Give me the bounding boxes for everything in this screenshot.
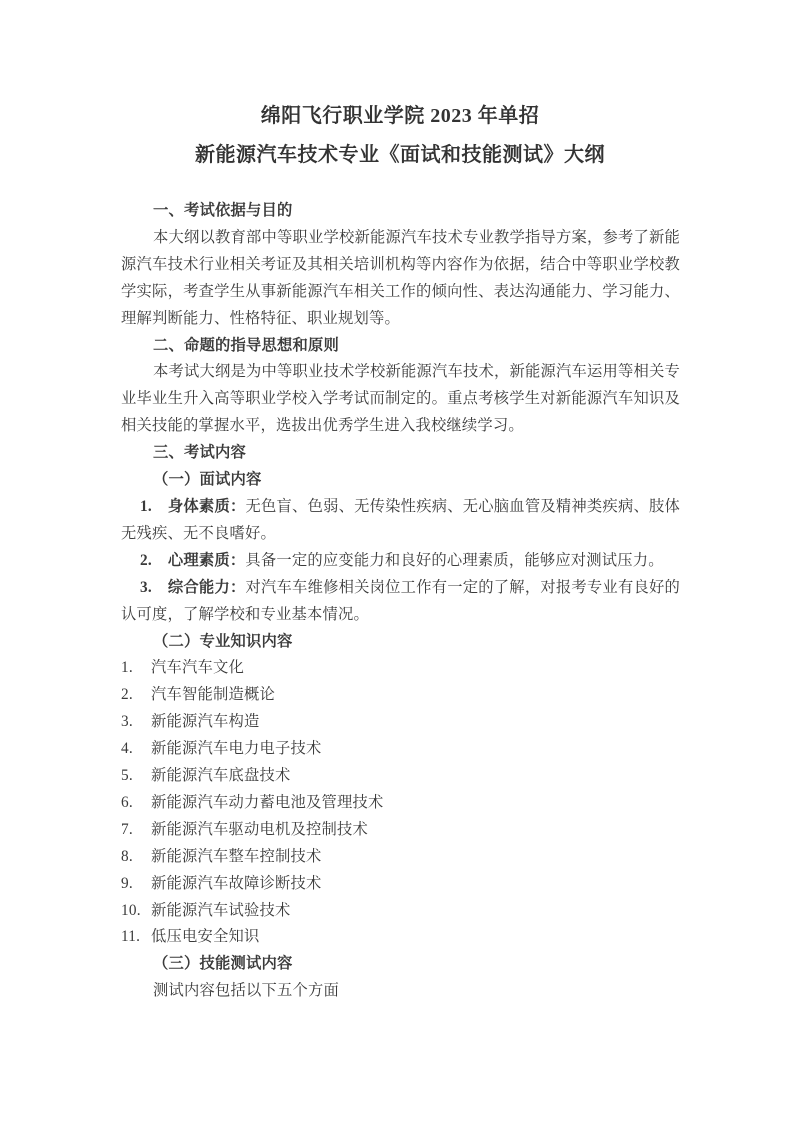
clause-number: 2. [140, 552, 152, 569]
list-item-number: 9. [121, 871, 151, 898]
list-item-text: 新能源汽车整车控制技术 [151, 848, 321, 865]
knowledge-list-item: 6.新能源汽车动力蓄电池及管理技术 [121, 790, 680, 817]
section-2-heading: 二、命题的指导思想和原则 [121, 333, 680, 360]
list-item-text: 新能源汽车构造 [151, 713, 259, 730]
list-item-text: 新能源汽车故障诊断技术 [151, 875, 321, 892]
subsection-2-heading: （二）专业知识内容 [121, 629, 680, 656]
clause-number: 1. [140, 498, 152, 515]
knowledge-list-item: 4.新能源汽车电力电子技术 [121, 736, 680, 763]
section-1-heading: 一、考试依据与目的 [121, 198, 680, 225]
knowledge-list-item: 9.新能源汽车故障诊断技术 [121, 871, 680, 898]
knowledge-list-item: 5.新能源汽车底盘技术 [121, 763, 680, 790]
list-item-text: 新能源汽车动力蓄电池及管理技术 [151, 794, 383, 811]
list-item-text: 汽车智能制造概论 [151, 686, 275, 703]
interview-clause: 1.身体素质：无色盲、色弱、无传染性疾病、无心脑血管及精神类疾病、肢体无残疾、无… [121, 494, 680, 548]
list-item-text: 新能源汽车试验技术 [151, 902, 290, 919]
clause-text: 具备一定的应变能力和良好的心理素质，能够应对测试压力。 [245, 552, 663, 569]
knowledge-list-item: 3.新能源汽车构造 [121, 709, 680, 736]
list-item-text: 新能源汽车驱动电机及控制技术 [151, 821, 368, 838]
document-body: 一、考试依据与目的 本大纲以教育部中等职业学校新能源汽车技术专业教学指导方案，参… [121, 198, 680, 1005]
list-item-number: 7. [121, 817, 151, 844]
clause-number: 3. [140, 579, 152, 596]
interview-clause: 2.心理素质：具备一定的应变能力和良好的心理素质，能够应对测试压力。 [121, 548, 680, 575]
list-item-number: 8. [121, 844, 151, 871]
list-item-number: 5. [121, 763, 151, 790]
knowledge-list-item: 7.新能源汽车驱动电机及控制技术 [121, 817, 680, 844]
clause-label: 身体素质： [168, 498, 246, 515]
document-title-line1: 绵阳飞行职业学院 2023 年单招 [0, 105, 800, 128]
list-item-text: 新能源汽车底盘技术 [151, 767, 290, 784]
list-item-number: 10. [121, 898, 151, 925]
interview-clause: 3.综合能力：对汽车车维修相关岗位工作有一定的了解，对报考专业有良好的认可度，了… [121, 575, 680, 629]
document-title-line2: 新能源汽车技术专业《面试和技能测试》大纲 [0, 144, 800, 167]
list-item-number: 3. [121, 709, 151, 736]
list-item-text: 低压电安全知识 [151, 928, 259, 945]
knowledge-list-item: 1.汽车汽车文化 [121, 655, 680, 682]
list-item-number: 11. [121, 924, 151, 951]
knowledge-list-item: 2.汽车智能制造概论 [121, 682, 680, 709]
knowledge-list-item: 8.新能源汽车整车控制技术 [121, 844, 680, 871]
clause-label: 心理素质： [168, 552, 246, 569]
clause-label: 综合能力： [168, 579, 246, 596]
list-item-number: 1. [121, 655, 151, 682]
list-item-text: 汽车汽车文化 [151, 659, 244, 676]
section-3-heading: 三、考试内容 [121, 440, 680, 467]
list-item-text: 新能源汽车电力电子技术 [151, 740, 321, 757]
section-2-paragraph: 本考试大纲是为中等职业技术学校新能源汽车技术，新能源汽车运用等相关专业毕业生升入… [121, 359, 680, 440]
knowledge-list-item: 10.新能源汽车试验技术 [121, 898, 680, 925]
list-item-number: 4. [121, 736, 151, 763]
list-item-number: 2. [121, 682, 151, 709]
section-1-paragraph: 本大纲以教育部中等职业学校新能源汽车技术专业教学指导方案，参考了新能源汽车技术行… [121, 225, 680, 333]
document-page: 绵阳飞行职业学院 2023 年单招 新能源汽车技术专业《面试和技能测试》大纲 一… [0, 0, 800, 1131]
closing-paragraph: 测试内容包括以下五个方面 [121, 978, 680, 1005]
subsection-3-heading: （三）技能测试内容 [121, 951, 680, 978]
list-item-number: 6. [121, 790, 151, 817]
knowledge-list-item: 11.低压电安全知识 [121, 924, 680, 951]
subsection-1-heading: （一）面试内容 [121, 467, 680, 494]
